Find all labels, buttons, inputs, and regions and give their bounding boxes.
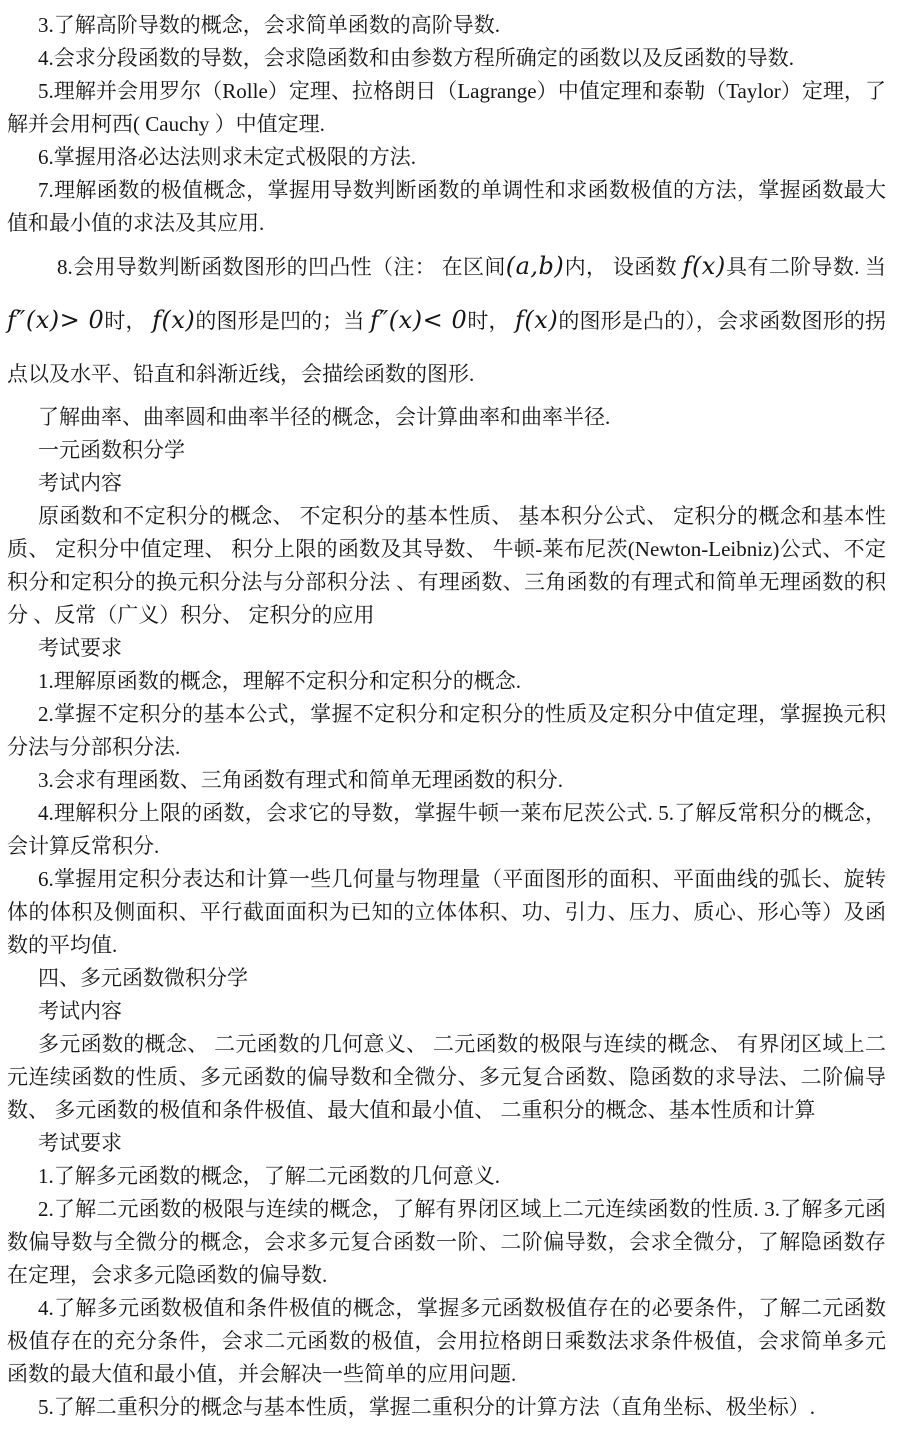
- text-run: 的图形是凹的；当: [195, 309, 370, 333]
- document-paragraph-item-3: 3.了解高阶导数的概念，会求简单函数的高阶导数.: [7, 9, 886, 42]
- document-paragraph-int-req-4-5: 4.理解积分上限的函数，会求它的导数，掌握牛顿一莱布尼茨公式. 5.了解反常积分…: [7, 797, 886, 863]
- section-heading-section-multivar-title: 四、多元函数微积分学: [7, 962, 886, 995]
- math-expression: f(x): [683, 252, 726, 280]
- section-heading-integral-content-heading: 考试内容: [7, 467, 886, 500]
- document-paragraph-integral-content: 原函数和不定积分的概念、 不定积分的基本性质、 基本积分公式、 定积分的概念和基…: [7, 500, 886, 632]
- section-heading-multivar-req-heading: 考试要求: [7, 1127, 886, 1160]
- document-paragraph-item-4: 4.会求分段函数的导数，会求隐函数和由参数方程所确定的函数以及反函数的导数.: [7, 42, 886, 75]
- document-paragraph-curvature: 了解曲率、曲率圆和曲率半径的概念，会计算曲率和曲率半径.: [7, 401, 886, 434]
- text-run: 具有二阶导数. 当: [726, 255, 886, 279]
- text-run: 时，: [104, 309, 152, 333]
- document-paragraph-int-req-6: 6.掌握用定积分表达和计算一些几何量与物理量（平面图形的面积、平面曲线的弧长、旋…: [7, 863, 886, 962]
- section-heading-section-integral-title: 一元函数积分学: [7, 434, 886, 467]
- document-paragraph-multivar-content: 多元函数的概念、 二元函数的几何意义、 二元函数的极限与连续的概念、 有界闭区域…: [7, 1028, 886, 1127]
- document-paragraph-item-5: 5.理解并会用罗尔（Rolle）定理、拉格朗日（Lagrange）中值定理和泰勒…: [7, 75, 886, 141]
- document-paragraph-mv-req-1: 1.了解多元函数的概念，了解二元函数的几何意义.: [7, 1160, 886, 1193]
- text-run: 8.会用导数判断函数图形的凹凸性（注： 在区间: [57, 255, 506, 279]
- document-paragraph-mv-req-5: 5.了解二重积分的概念与基本性质，掌握二重积分的计算方法（直角坐标、极坐标）.: [7, 1391, 886, 1424]
- section-heading-integral-req-heading: 考试要求: [7, 632, 886, 665]
- document-page: 3.了解高阶导数的概念，会求简单函数的高阶导数.4.会求分段函数的导数，会求隐函…: [0, 0, 898, 1448]
- section-heading-multivar-content-heading: 考试内容: [7, 995, 886, 1028]
- math-expression: f(x): [152, 306, 195, 334]
- math-expression: f″(x)< 0: [370, 306, 467, 334]
- document-body: 3.了解高阶导数的概念，会求简单函数的高阶导数.4.会求分段函数的导数，会求隐函…: [7, 9, 886, 1424]
- document-paragraph-mv-req-4: 4.了解多元函数极值和条件极值的概念，掌握多元函数极值存在的必要条件，了解二元函…: [7, 1292, 886, 1391]
- document-paragraph-item-8: 8.会用导数判断函数图形的凹凸性（注： 在区间(a,b)内， 设函数 f(x)具…: [7, 240, 886, 401]
- math-expression: (a,b): [506, 252, 565, 280]
- text-run: 时，: [467, 309, 515, 333]
- document-paragraph-int-req-3: 3.会求有理函数、三角函数有理式和简单无理函数的积分.: [7, 764, 886, 797]
- text-run: 内， 设函数: [564, 255, 682, 279]
- document-paragraph-int-req-1: 1.理解原函数的概念，理解不定积分和定积分的概念.: [7, 665, 886, 698]
- math-expression: f(x): [515, 306, 558, 334]
- document-paragraph-item-7: 7.理解函数的极值概念，掌握用导数判断函数的单调性和求函数极值的方法，掌握函数最…: [7, 174, 886, 240]
- math-expression: f″(x)> 0: [7, 306, 104, 334]
- document-paragraph-mv-req-2-3: 2.了解二元函数的极限与连续的概念，了解有界闭区域上二元连续函数的性质. 3.了…: [7, 1193, 886, 1292]
- document-paragraph-int-req-2: 2.掌握不定积分的基本公式，掌握不定积分和定积分的性质及定积分中值定理，掌握换元…: [7, 698, 886, 764]
- document-paragraph-item-6: 6.掌握用洛必达法则求未定式极限的方法.: [7, 141, 886, 174]
